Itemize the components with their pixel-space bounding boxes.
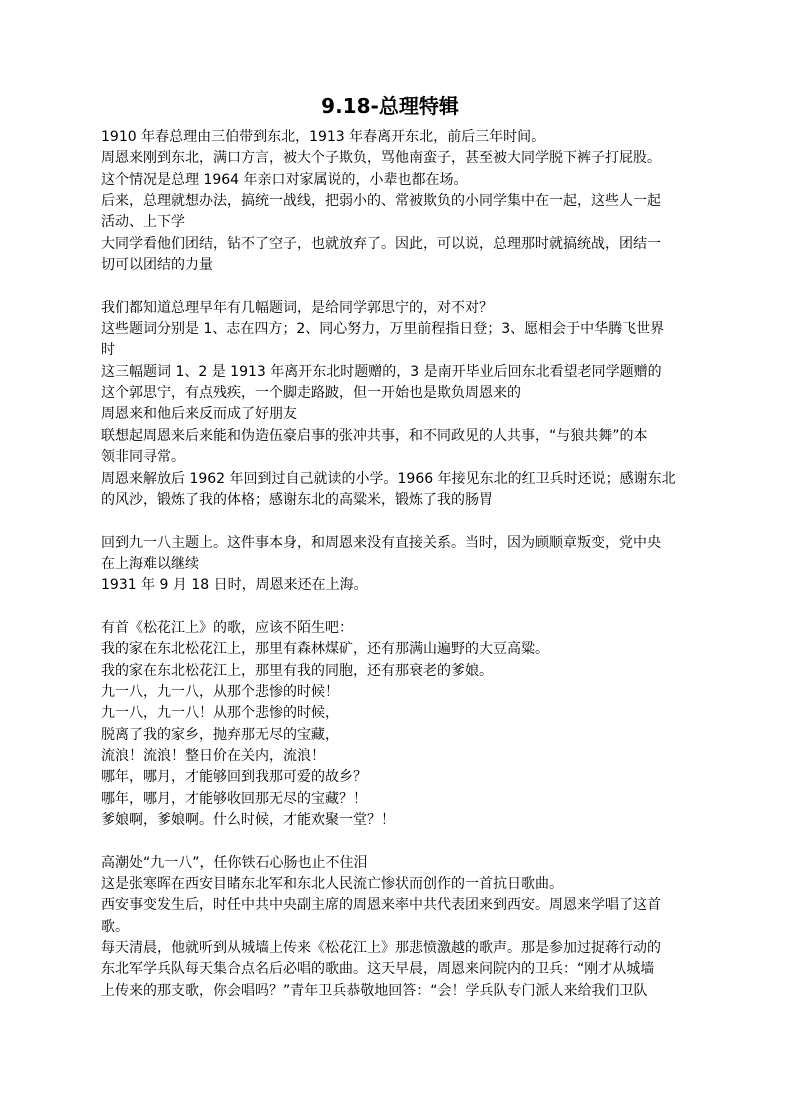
paragraph-1: 1910 年春总理由三伯带到东北，1913 年春离开东北，前后三年时间。 周恩来… bbox=[101, 127, 686, 276]
lyric-line: 我的家在东北松花江上，那里有森林煤矿，还有那满山遍野的大豆高粱。 bbox=[101, 639, 686, 660]
text-line: 这三幅题词 1、2 是 1913 年离开东北时题赠的，3 是南开毕业后回东北看望… bbox=[101, 362, 686, 383]
paragraph-3: 回到九一八主题上。这件事本身，和周恩来没有直接关系。当时，因为顾顺章叛变，党中央… bbox=[101, 533, 686, 597]
text-line: 西安事变发生后，时任中共中央副主席的周恩来率中共代表团来到西安。周恩来学唱了这首 bbox=[101, 895, 686, 916]
text-line: 这个郭思宁，有点残疾，一个脚走路跛，但一开始也是欺负周恩来的 bbox=[101, 383, 686, 404]
text-line: 每天清晨，他就听到从城墙上传来《松花江上》那悲愤激越的歌声。那是参加过捉蒋行动的 bbox=[101, 938, 686, 959]
text-line: 这个情况是总理 1964 年亲口对家属说的，小辈也都在场。 bbox=[101, 170, 686, 191]
text-line: 活动、上下学 bbox=[101, 212, 686, 233]
paragraph-spacer bbox=[101, 511, 686, 532]
document-page: 9.18-总理特辑 1910 年春总理由三伯带到东北，1913 年春离开东北，前… bbox=[0, 0, 800, 1100]
text-line: 1931 年 9 月 18 日时，周恩来还在上海。 bbox=[101, 575, 686, 596]
paragraph-spacer bbox=[101, 831, 686, 852]
text-line: 周恩来刚到东北，满口方言，被大个子欺负，骂他南蛮子，甚至被大同学脱下裤子打屁股。 bbox=[101, 148, 686, 169]
lyric-line: 脱离了我的家乡，抛弃那无尽的宝藏， bbox=[101, 725, 686, 746]
paragraph-5: 高潮处“九一八”，任你铁石心肠也止不住泪 这是张寒晖在西安目睹东北军和东北人民流… bbox=[101, 853, 686, 1002]
text-line: 领非同寻常。 bbox=[101, 447, 686, 468]
text-line: 在上海难以继续 bbox=[101, 554, 686, 575]
text-line: 的风沙，锻炼了我的体格；感谢东北的高粱米，锻炼了我的肠胃 bbox=[101, 490, 686, 511]
paragraph-spacer bbox=[101, 276, 686, 297]
lyric-line: 哪年，哪月，才能够收回那无尽的宝藏？！ bbox=[101, 789, 686, 810]
lyric-line: 九一八，九一八，从那个悲惨的时候！ bbox=[101, 682, 686, 703]
lyric-line: 爹娘啊，爹娘啊。什么时候，才能欢聚一堂？！ bbox=[101, 810, 686, 831]
text-line: 时 bbox=[101, 340, 686, 361]
paragraph-spacer bbox=[101, 597, 686, 618]
document-title: 9.18-总理特辑 bbox=[0, 93, 780, 119]
lyric-line: 我的家在东北松花江上，那里有我的同胞，还有那衰老的爹娘。 bbox=[101, 661, 686, 682]
paragraph-2: 我们都知道总理早年有几幅题词，是给同学郭思宁的，对不对？ 这些题词分别是 1、志… bbox=[101, 298, 686, 511]
text-line: 高潮处“九一八”，任你铁石心肠也止不住泪 bbox=[101, 853, 686, 874]
text-line: 有首《松花江上》的歌，应该不陌生吧： bbox=[101, 618, 686, 639]
text-line: 切可以团结的力量 bbox=[101, 255, 686, 276]
document-body: 1910 年春总理由三伯带到东北，1913 年春离开东北，前后三年时间。 周恩来… bbox=[101, 127, 686, 1002]
lyric-line: 哪年，哪月，才能够回到我那可爱的故乡？ bbox=[101, 767, 686, 788]
text-line: 这些题词分别是 1、志在四方；2、同心努力，万里前程指日登；3、愿相会于中华腾飞… bbox=[101, 319, 686, 340]
text-line: 歌。 bbox=[101, 917, 686, 938]
text-line: 联想起周恩来后来能和伪造伍豪启事的张冲共事，和不同政见的人共事，“与狼共舞”的本 bbox=[101, 426, 686, 447]
text-line: 1910 年春总理由三伯带到东北，1913 年春离开东北，前后三年时间。 bbox=[101, 127, 686, 148]
text-line: 回到九一八主题上。这件事本身，和周恩来没有直接关系。当时，因为顾顺章叛变，党中央 bbox=[101, 533, 686, 554]
text-line: 东北军学兵队每天集合点名后必唱的歌曲。这天早晨，周恩来问院内的卫兵：“刚才从城墙 bbox=[101, 959, 686, 980]
text-line: 我们都知道总理早年有几幅题词，是给同学郭思宁的，对不对？ bbox=[101, 298, 686, 319]
paragraph-4-song-lyrics: 有首《松花江上》的歌，应该不陌生吧： 我的家在东北松花江上，那里有森林煤矿，还有… bbox=[101, 618, 686, 831]
text-line: 周恩来和他后来反而成了好朋友 bbox=[101, 404, 686, 425]
lyric-line: 流浪！流浪！整日价在关内，流浪！ bbox=[101, 746, 686, 767]
text-line: 这是张寒晖在西安目睹东北军和东北人民流亡惨状而创作的一首抗日歌曲。 bbox=[101, 874, 686, 895]
text-line: 后来，总理就想办法，搞统一战线，把弱小的、常被欺负的小同学集中在一起，这些人一起 bbox=[101, 191, 686, 212]
text-line: 周恩来解放后 1962 年回到过自己就读的小学。1966 年接见东北的红卫兵时还… bbox=[101, 469, 686, 490]
text-line: 大同学看他们团结，钻不了空子，也就放弃了。因此，可以说，总理那时就搞统战，团结一 bbox=[101, 234, 686, 255]
text-line: 上传来的那支歌，你会唱吗？”青年卫兵恭敬地回答：“会！学兵队专门派人来给我们卫队 bbox=[101, 981, 686, 1002]
lyric-line: 九一八，九一八！从那个悲惨的时候， bbox=[101, 703, 686, 724]
